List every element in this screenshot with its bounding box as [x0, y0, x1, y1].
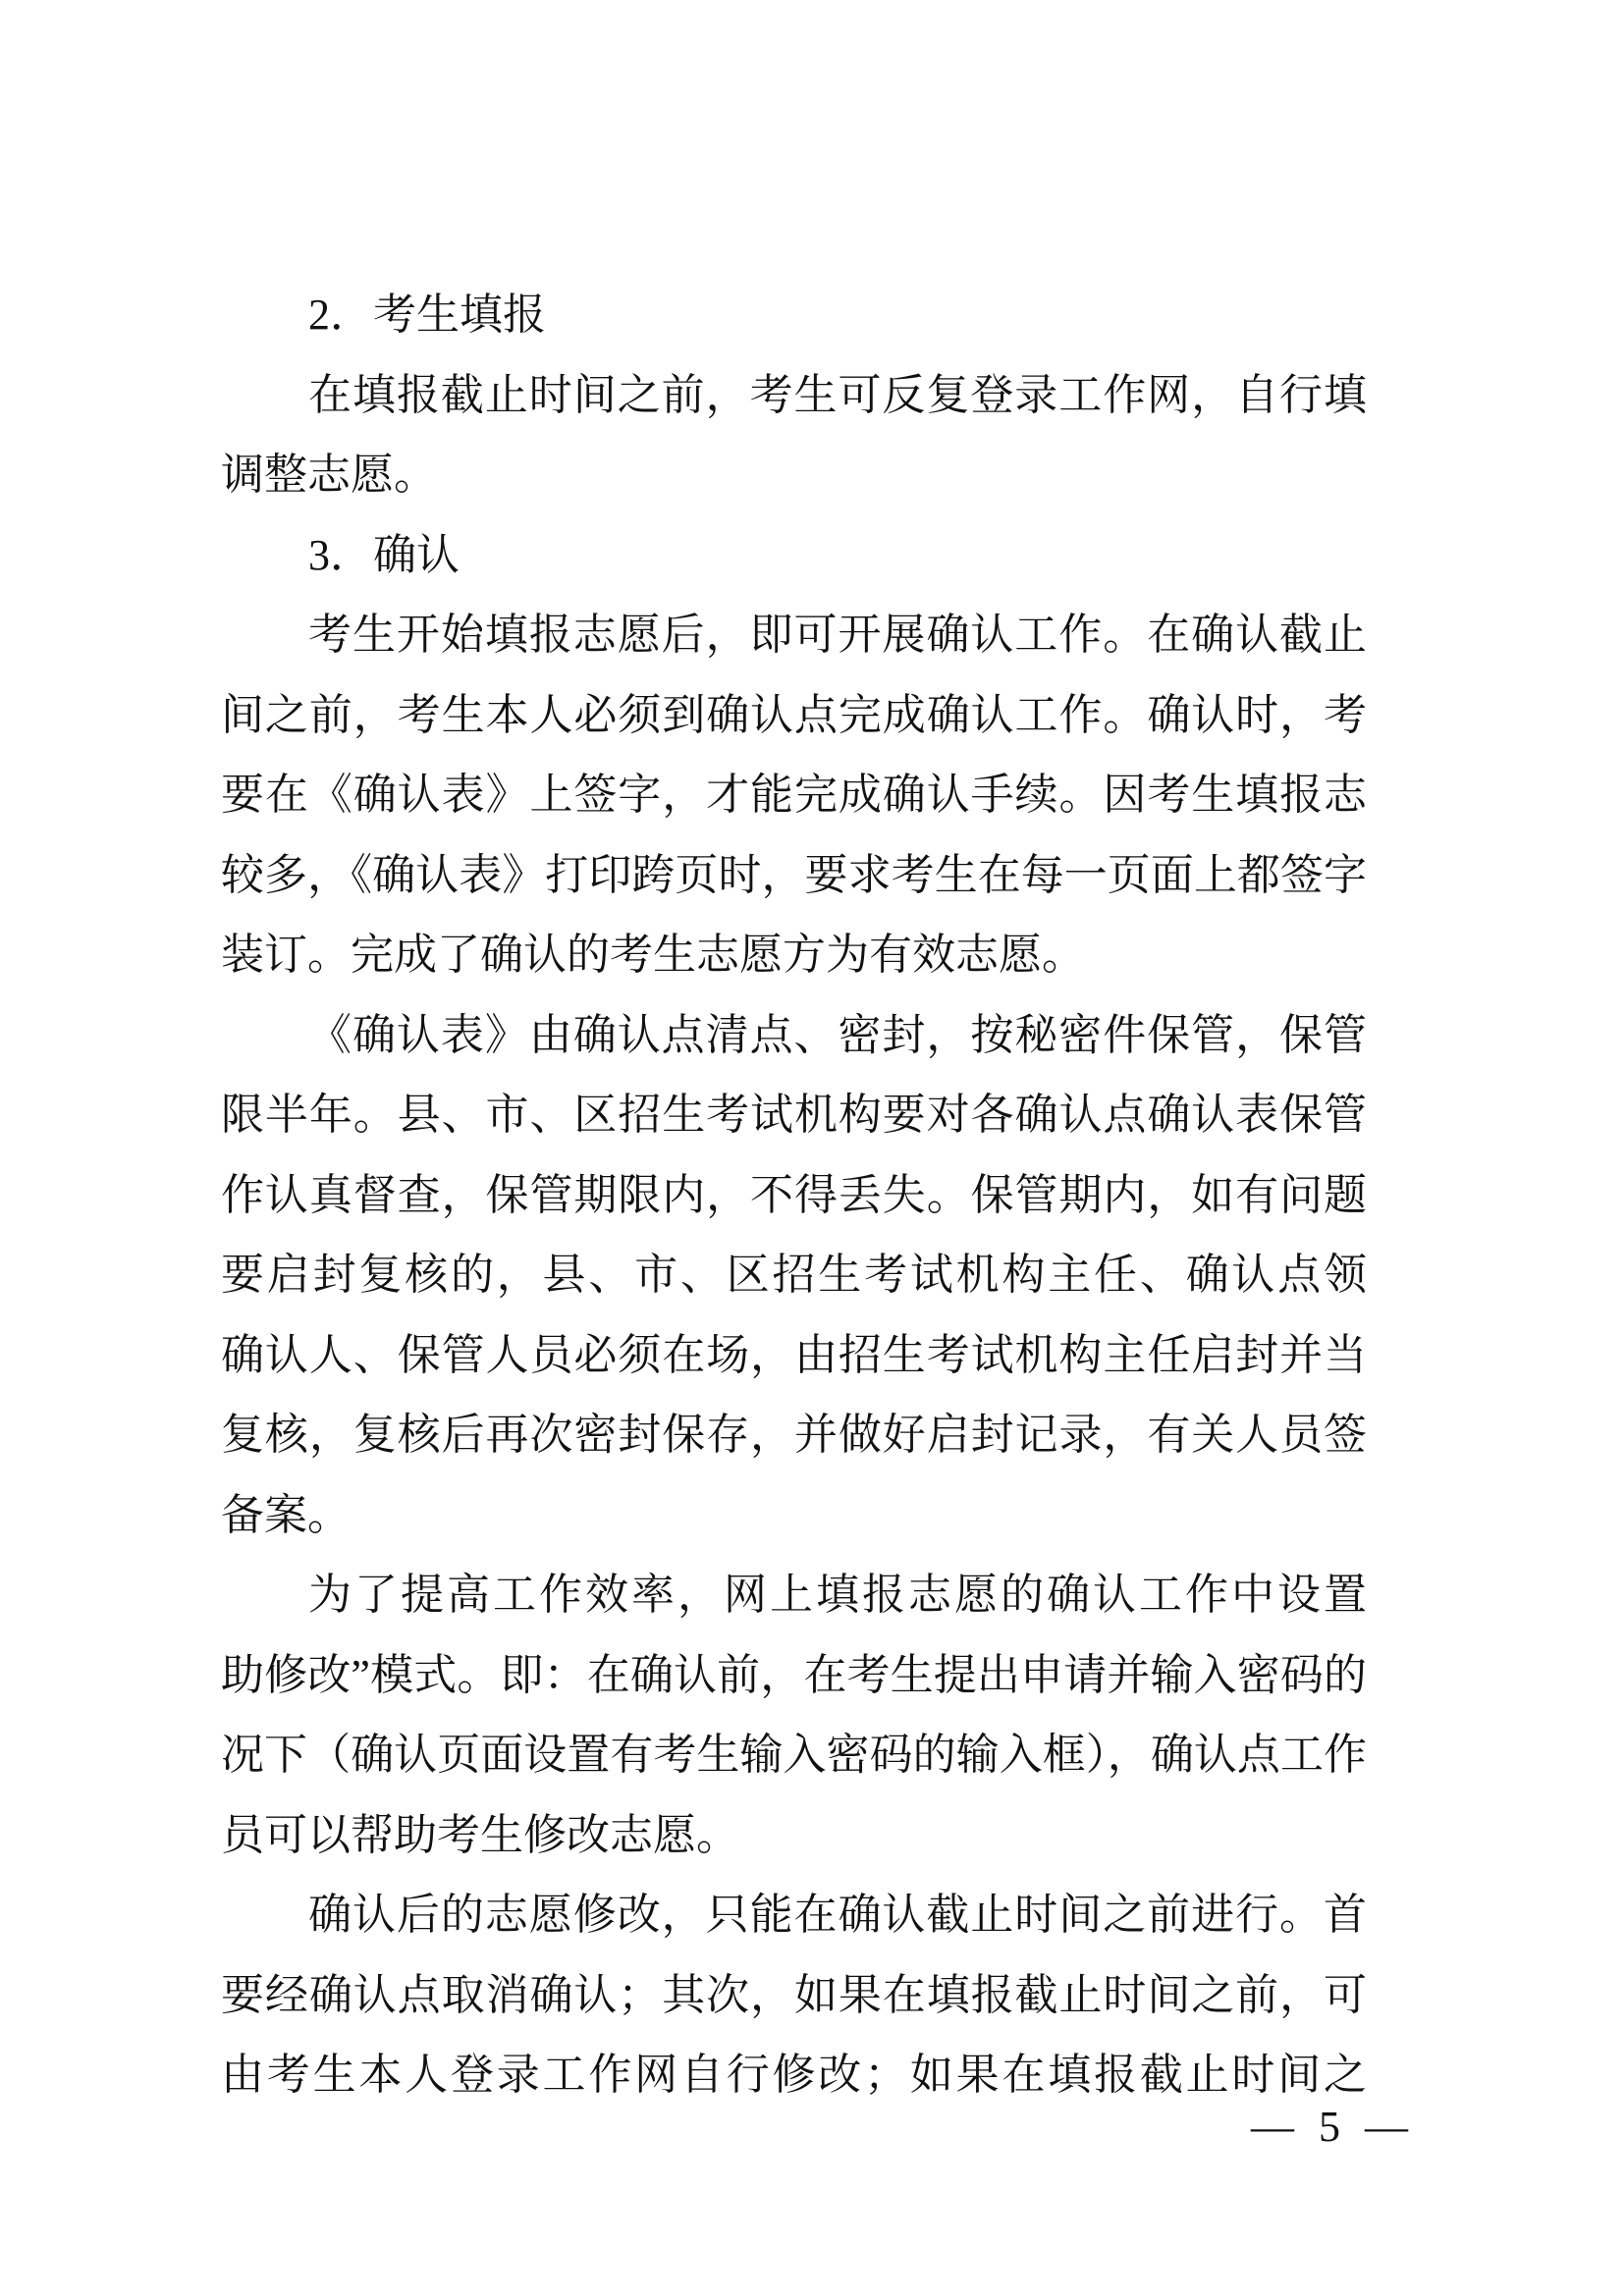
text-line: 在填报截止时间之前，考生可反复登录工作网，自行填报、: [221, 355, 1367, 436]
text-line: 要经确认点取消确认；其次，如果在填报截止时间之前，可以: [221, 1955, 1367, 2036]
heading-line: 3．确认: [221, 515, 1367, 596]
text-line: 员可以帮助考生修改志愿。: [221, 1795, 1367, 1876]
text-line: 较多，《确认表》打印跨页时，要求考生在每一页面上都签字并: [221, 835, 1367, 916]
text-line: 间之前，考生本人必须到确认点完成确认工作。确认时，考生: [221, 675, 1367, 756]
heading-line: 2．考生填报: [221, 275, 1367, 355]
text-line: 由考生本人登录工作网自行修改；如果在填报截止时间之后，: [221, 2035, 1367, 2115]
text-line: 考生开始填报志愿后，即可开展确认工作。在确认截止时: [221, 595, 1367, 675]
page-number: — 5 —: [1251, 2103, 1408, 2151]
text-line: 况下（确认页面设置有考生输入密码的输入框），确认点工作人: [221, 1715, 1367, 1795]
text-line: 确认人、保管人员必须在场，由招生考试机构主任启封并当场: [221, 1315, 1367, 1396]
text-line: 作认真督查，保管期限内，不得丢失。保管期内，如有问题需: [221, 1155, 1367, 1236]
text-line: 调整志愿。: [221, 435, 1367, 515]
text-line: 为了提高工作效率，网上填报志愿的确认工作中设置了“协: [221, 1555, 1367, 1635]
text-line: 限半年。县、市、区招生考试机构要对各确认点确认表保管工: [221, 1075, 1367, 1155]
text-line: 复核，复核后再次密封保存，并做好启封记录，有关人员签字: [221, 1395, 1367, 1475]
text-line: 要启封复核的，县、市、区招生考试机构主任、确认点领导、: [221, 1235, 1367, 1315]
document-body: 2．考生填报在填报截止时间之前，考生可反复登录工作网，自行填报、调整志愿。3．确…: [221, 275, 1367, 2115]
page-footer: — 5 —: [1251, 2106, 1408, 2149]
document-page: 2．考生填报在填报截止时间之前，考生可反复登录工作网，自行填报、调整志愿。3．确…: [0, 0, 1624, 2296]
text-line: 《确认表》由确认点清点、密封，按秘密件保管，保管期: [221, 995, 1367, 1076]
text-line: 备案。: [221, 1475, 1367, 1556]
text-line: 装订。完成了确认的考生志愿方为有效志愿。: [221, 915, 1367, 995]
text-line: 要在《确认表》上签字，才能完成确认手续。因考生填报志愿: [221, 755, 1367, 835]
text-line: 确认后的志愿修改，只能在确认截止时间之前进行。首先，: [221, 1875, 1367, 1955]
text-line: 助修改”模式。即：在确认前，在考生提出申请并输入密码的情: [221, 1635, 1367, 1716]
